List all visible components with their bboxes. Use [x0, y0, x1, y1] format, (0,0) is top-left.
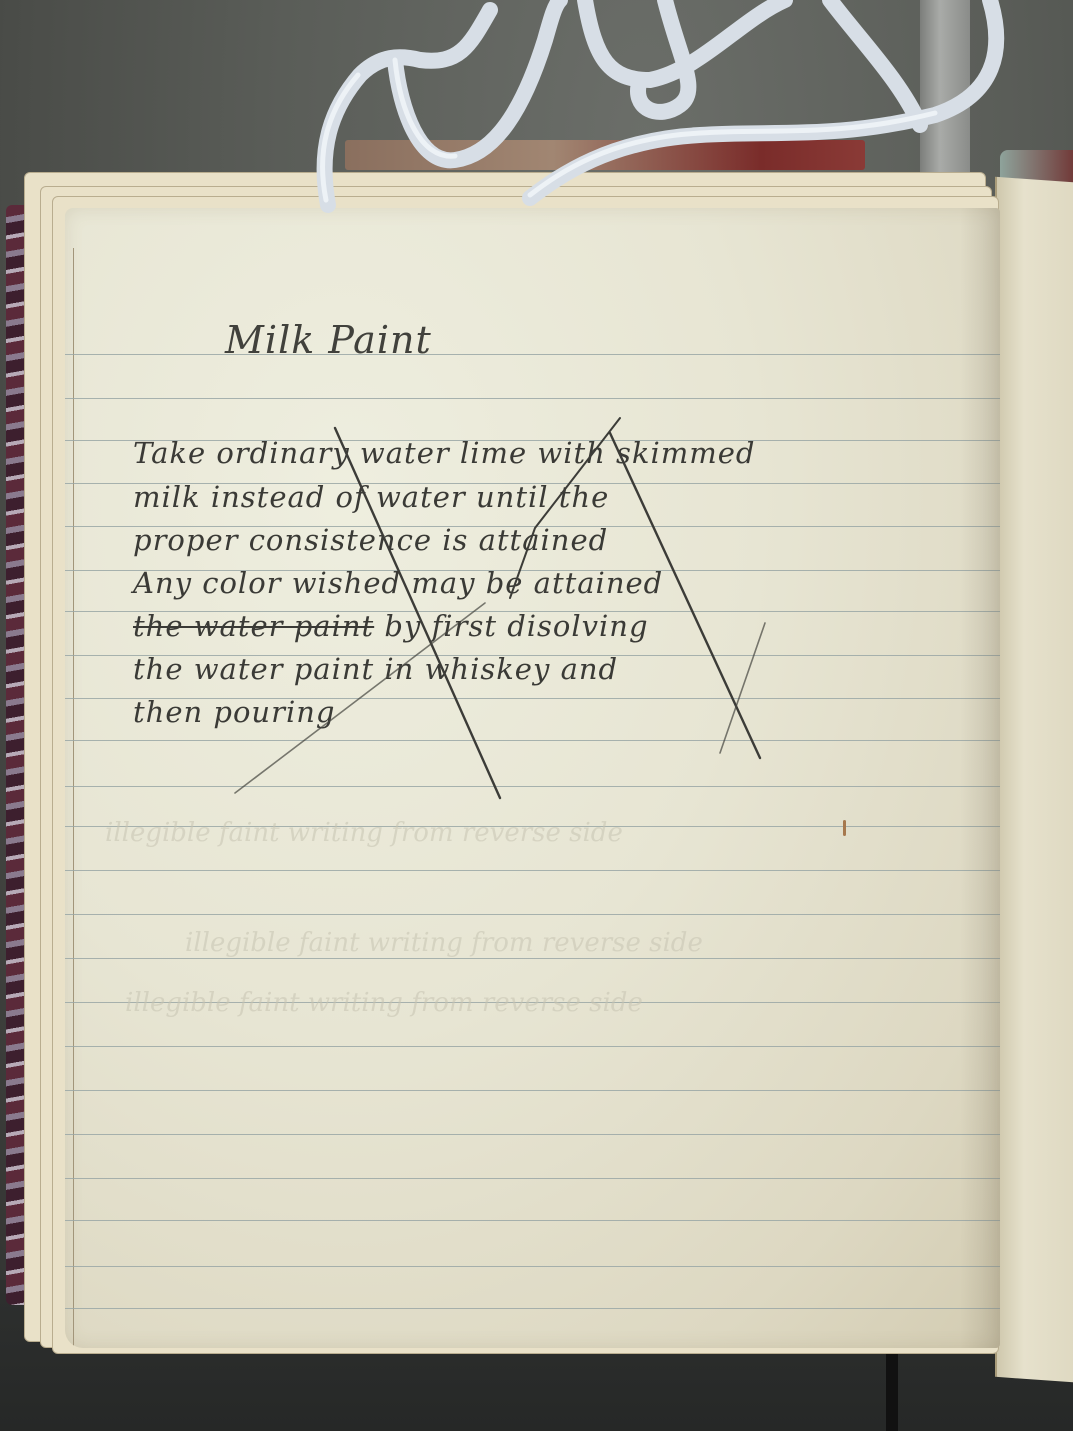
- page-title: Milk Paint: [225, 318, 432, 362]
- facing-page: [995, 177, 1073, 1383]
- ruled-line: [65, 1266, 1000, 1267]
- bleed-through-text: illegible faint writing from reverse sid…: [185, 928, 703, 958]
- bleed-through-text: illegible faint writing from reverse sid…: [105, 818, 623, 848]
- ruled-line: [65, 1134, 1000, 1135]
- recipe-line: the water paint by first disolving: [133, 609, 649, 643]
- bleed-through-text: illegible faint writing from reverse sid…: [125, 988, 643, 1018]
- ruled-line: [65, 740, 1000, 741]
- recipe-line-text: by first disolving: [374, 609, 648, 643]
- ruled-line: [65, 958, 1000, 959]
- ruled-line: [65, 1220, 1000, 1221]
- ruled-line: [65, 1178, 1000, 1179]
- recipe-line: the water paint in whiskey and: [133, 652, 618, 686]
- marbled-cover-top-edge: [345, 140, 865, 170]
- ruled-line: [65, 786, 1000, 787]
- recipe-line: Any color wished may be attained: [133, 566, 663, 600]
- recipe-line: then pouring: [133, 695, 335, 729]
- metal-divider: [920, 0, 970, 200]
- ruled-line: [65, 354, 1000, 355]
- ruled-line: [65, 1090, 1000, 1091]
- recipe-line: proper consistence is attained: [133, 523, 608, 557]
- ink-stain: [843, 820, 846, 836]
- ruled-line: [65, 870, 1000, 871]
- page-edge-line: [73, 248, 74, 1348]
- struck-text: the water paint: [133, 609, 374, 643]
- ruled-line: [65, 1308, 1000, 1309]
- recipe-line: milk instead of water until the: [133, 480, 609, 514]
- ruled-line: [65, 914, 1000, 915]
- recipe-line: Take ordinary water lime with skimmed: [133, 436, 755, 470]
- gutter-shadow: [960, 208, 1000, 1348]
- cross-out-marks: [65, 208, 1000, 1348]
- notebook-page: illegible faint writing from reverse sid…: [65, 208, 1000, 1348]
- ruled-line: [65, 1046, 1000, 1047]
- ruled-line: [65, 398, 1000, 399]
